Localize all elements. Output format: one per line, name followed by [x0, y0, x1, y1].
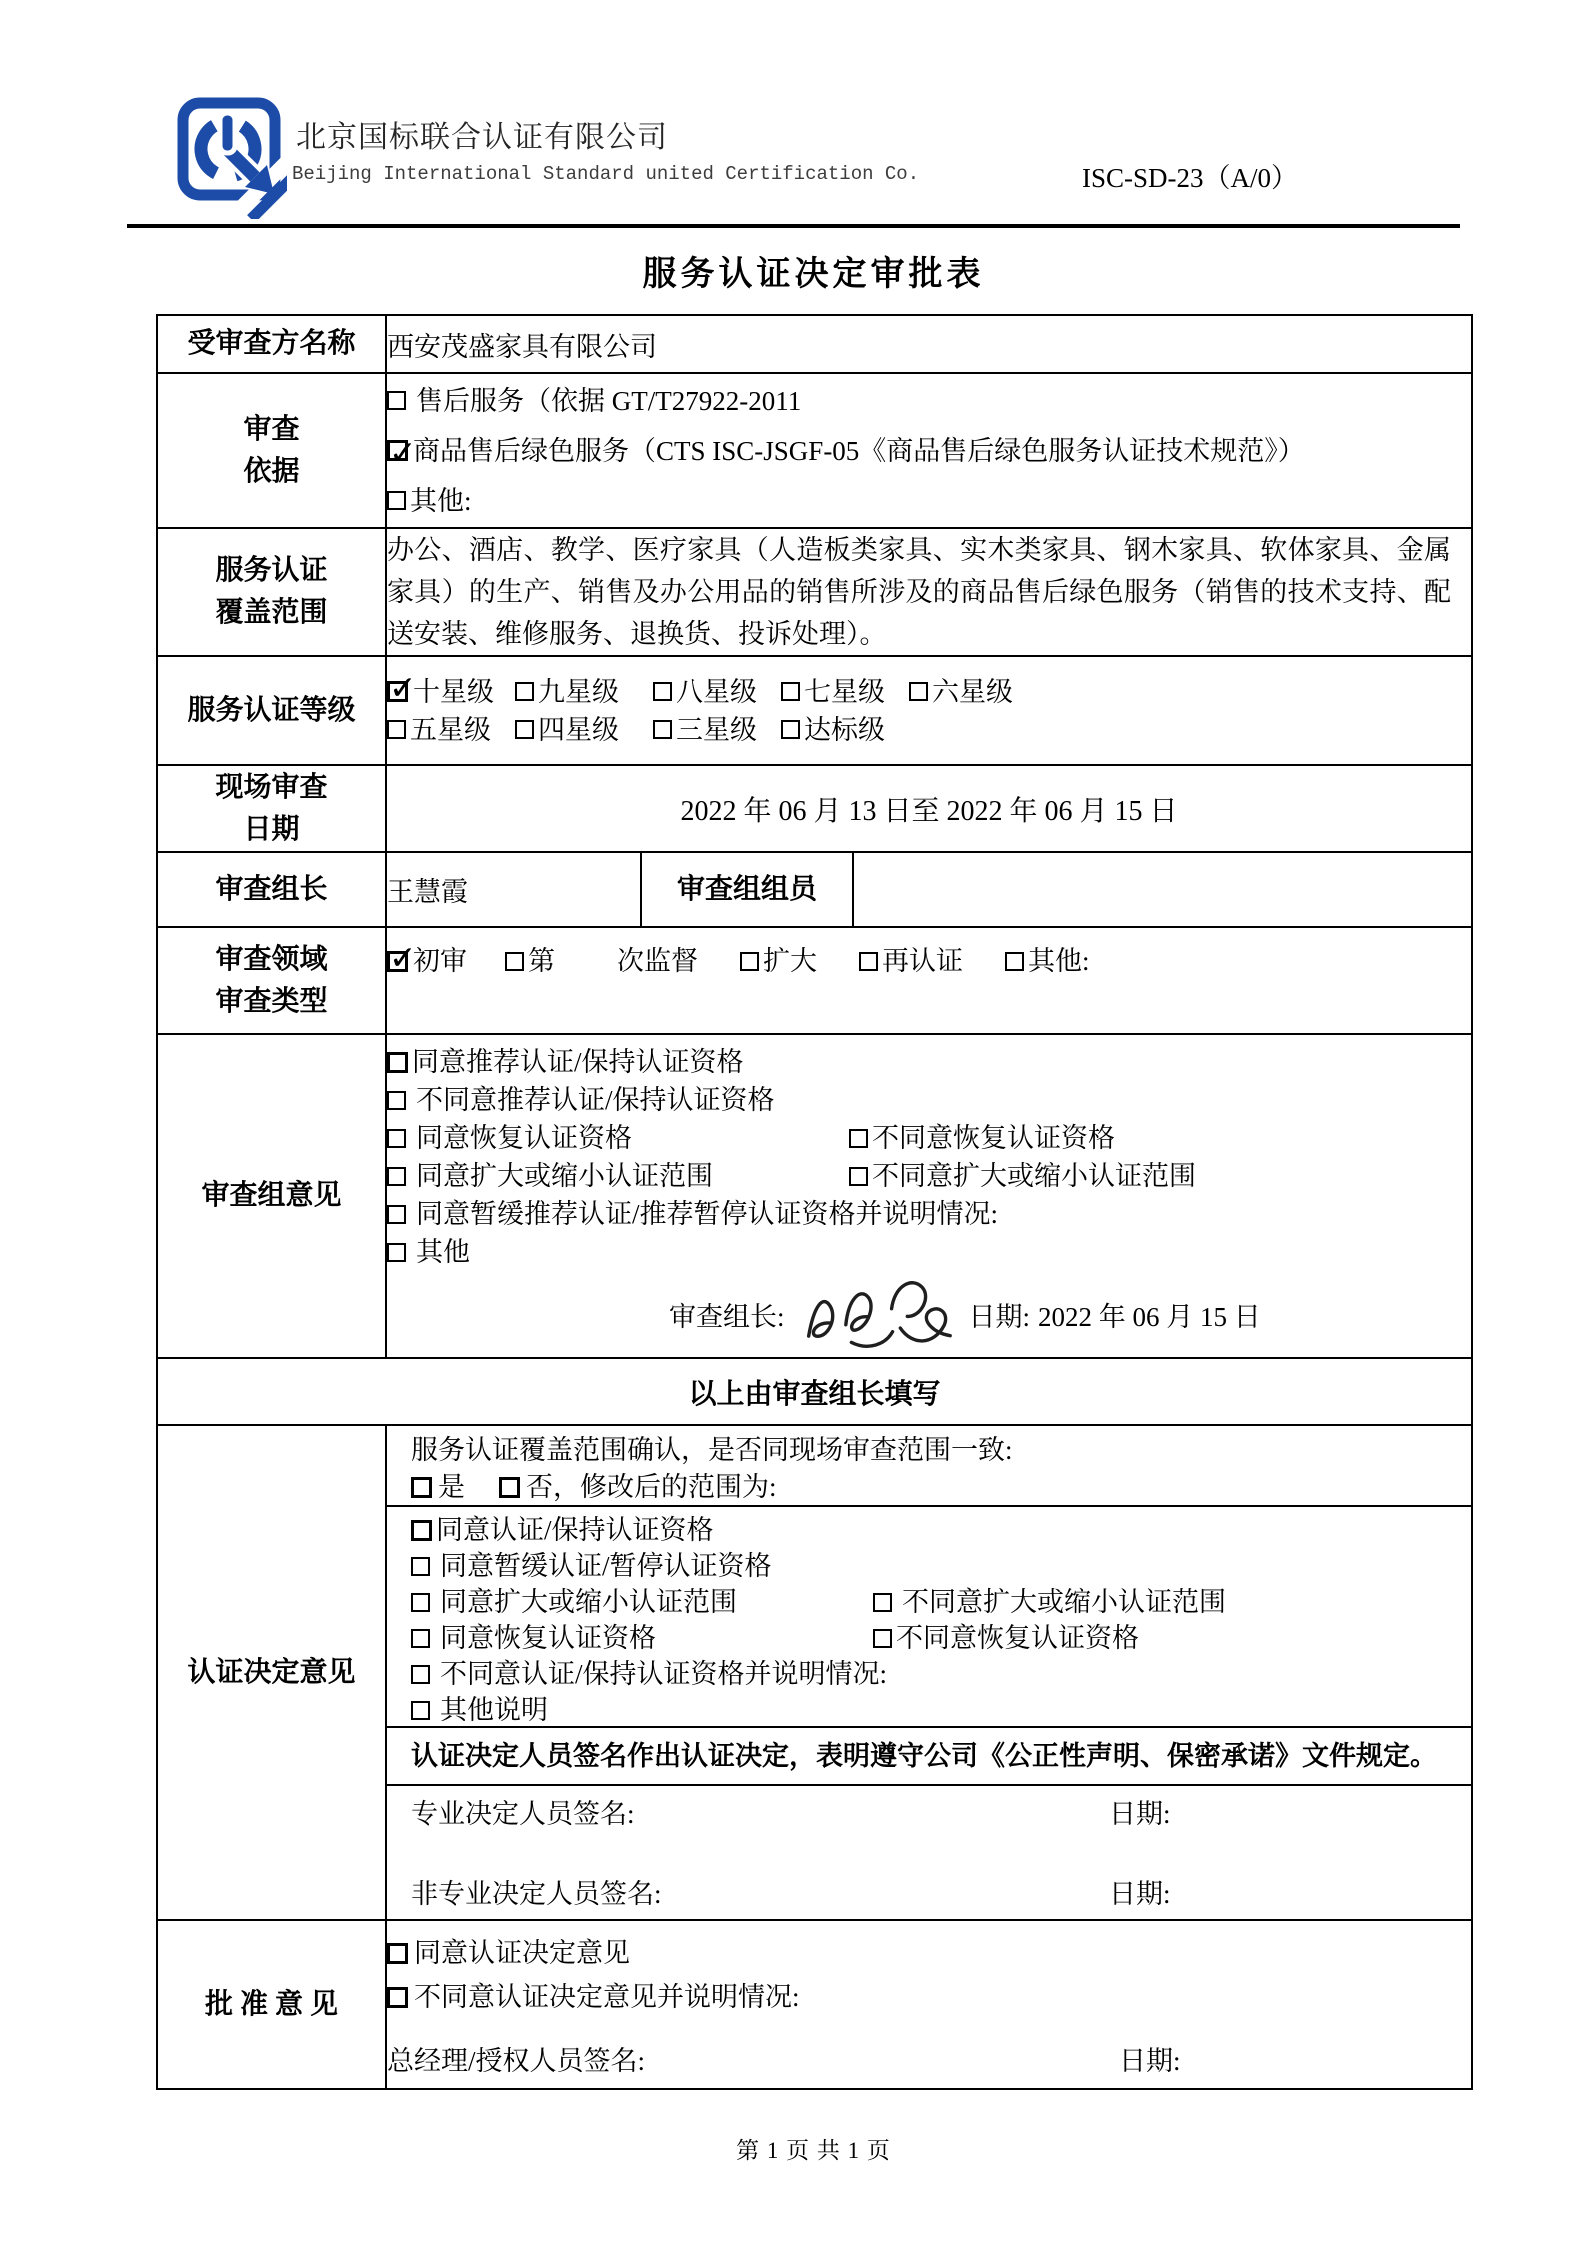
checkbox-checked[interactable] — [387, 681, 408, 702]
checkbox[interactable] — [873, 1629, 892, 1648]
level-option-label: 达标级 — [804, 711, 885, 749]
checkbox[interactable] — [387, 1052, 408, 1073]
document-page: 北京国标联合认证有限公司 Beijing International Stand… — [0, 0, 1587, 2245]
checkbox[interactable] — [653, 682, 672, 701]
row-section-note: 以上由审查组长填写 — [157, 1358, 1472, 1425]
checkbox[interactable] — [411, 1557, 430, 1576]
header-divider — [127, 224, 1460, 228]
signature-label: 专业决定人员签名: — [411, 1796, 635, 1832]
decision-scope-confirm: 服务认证覆盖范围确认，是否同现场审查范围一致: 是 否，修改后的范围为: — [387, 1426, 1471, 1505]
basis-option-green-service: 商品售后绿色服务（CTS ISC-JSGF-05《商品售后绿色服务认证技术规范》… — [387, 426, 1471, 476]
decision-option: 不同意恢复认证资格 — [873, 1620, 1461, 1656]
approval-option-label: 同意认证决定意见 — [414, 1931, 630, 1975]
level-option-label: 三星级 — [676, 711, 757, 749]
checkbox[interactable] — [909, 682, 928, 701]
decision-option-label: 同意扩大或缩小认证范围 — [440, 1584, 737, 1620]
opinion-option: 同意暂缓推荐认证/推荐暂停认证资格并说明情况: — [387, 1195, 1471, 1233]
type-option-label: 次监督 — [617, 942, 698, 980]
team-leader-name: 王慧霞 — [386, 852, 641, 927]
decision-option-row: 同意恢复认证资格 不同意恢复认证资格 — [411, 1620, 1461, 1656]
decision-label: 认证决定意见 — [157, 1425, 386, 1920]
opinion-option: 不同意恢复认证资格 — [849, 1119, 1471, 1157]
checkbox[interactable] — [781, 720, 800, 739]
checkbox[interactable] — [411, 1665, 430, 1684]
checkbox[interactable] — [873, 1593, 892, 1612]
row-team-opinion: 审查组意见 同意推荐认证/保持认证资格 不同意推荐认证/保持认证资格 同意恢复认… — [157, 1034, 1472, 1358]
level-option-label: 八星级 — [676, 673, 757, 711]
cert-scope-text: 办公、酒店、教学、医疗家具（人造板类家具、实木类家具、钢木家具、软体家具、金属家… — [386, 528, 1472, 656]
decision-option-label: 同意认证/保持认证资格 — [436, 1512, 714, 1548]
approval-option-label: 不同意认证决定意见并说明情况: — [414, 1975, 800, 2019]
basis-option-label: 其他: — [410, 476, 472, 526]
checkbox[interactable] — [387, 1943, 408, 1964]
level-option: 五星级 — [387, 711, 515, 749]
decision-option-row: 同意扩大或缩小认证范围 不同意扩大或缩小认证范围 — [411, 1584, 1461, 1620]
audit-type-label: 审查领域 审查类型 — [157, 927, 386, 1034]
checkbox[interactable] — [781, 682, 800, 701]
level-option: 四星级 — [515, 711, 653, 749]
opinion-option: 同意扩大或缩小认证范围 — [387, 1157, 849, 1195]
basis-option-other: 其他: — [387, 476, 1471, 526]
scope-confirm-options: 是 否，修改后的范围为: — [411, 1469, 1461, 1506]
audit-type-label-line2: 审查类型 — [158, 981, 385, 1023]
checkbox[interactable] — [515, 720, 534, 739]
level-option-label: 五星级 — [410, 711, 491, 749]
opinion-option: 不同意推荐认证/保持认证资格 — [387, 1081, 1471, 1119]
date-label: 日期: — [1109, 1796, 1461, 1832]
checkbox[interactable] — [387, 491, 406, 510]
decision-option-label: 不同意认证/保持认证资格并说明情况: — [440, 1656, 887, 1692]
checkbox[interactable] — [411, 1629, 430, 1648]
date-label: 日期: — [969, 1295, 1031, 1334]
row-audit-type: 审查领域 审查类型 初审 第 次监督 扩大 再认证 — [157, 927, 1472, 1034]
level-option: 七星级 — [781, 673, 909, 711]
basis-option-label: 售后服务（依据 GT/T27922-2011 — [416, 376, 801, 426]
team-opinion-label: 审查组意见 — [157, 1034, 386, 1358]
decision-option-label: 同意恢复认证资格 — [440, 1620, 656, 1656]
approval-option: 不同意认证决定意见并说明情况: — [387, 1975, 1471, 2019]
audit-type-label-line1: 审查领域 — [158, 939, 385, 981]
basis-option-aftersale: 售后服务（依据 GT/T27922-2011 — [387, 376, 1471, 426]
level-option-label: 九星级 — [538, 673, 619, 711]
row-audit-date: 现场审查 日期 2022 年 06 月 13 日至 2022 年 06 月 15… — [157, 765, 1472, 852]
basis-option-label: 商品售后绿色服务（CTS ISC-JSGF-05《商品售后绿色服务认证技术规范》… — [413, 426, 1305, 476]
row-auditee: 受审查方名称 西安茂盛家具有限公司 — [157, 315, 1472, 373]
cert-scope-label-line1: 服务认证 — [158, 550, 385, 592]
team-member-value — [853, 852, 1472, 927]
checkbox-checked[interactable] — [387, 951, 408, 972]
type-option-label: 第 — [528, 942, 555, 980]
level-option: 十星级 — [387, 673, 515, 711]
checkbox[interactable] — [411, 1701, 430, 1720]
level-option: 八星级 — [653, 673, 781, 711]
manager-sign-line: 总经理/授权人员签名: 日期: — [387, 2043, 1471, 2079]
date-value: 2022 年 06 月 15 日 — [1038, 1295, 1261, 1334]
audit-date-label-line1: 现场审查 — [158, 767, 385, 809]
audit-basis-label-line2: 依据 — [158, 451, 385, 493]
opinion-option: 其他 — [387, 1233, 1471, 1271]
checkbox[interactable] — [859, 952, 878, 971]
checkbox[interactable] — [387, 1205, 406, 1224]
handwritten-signature — [791, 1270, 963, 1358]
level-option: 六星级 — [909, 673, 1471, 711]
opinion-option-row: 同意扩大或缩小认证范围 不同意扩大或缩小认证范围 — [387, 1157, 1471, 1195]
signature-label: 非专业决定人员签名: — [411, 1876, 662, 1912]
opinion-option-label: 其他 — [416, 1233, 470, 1271]
decision-signatures: 专业决定人员签名: 日期: 非专业决定人员签名: 日期: — [387, 1784, 1471, 1919]
cert-level-label: 服务认证等级 — [157, 656, 386, 765]
checkbox[interactable] — [387, 1091, 406, 1110]
company-logo-icon — [175, 95, 287, 219]
checkbox[interactable] — [387, 1129, 406, 1148]
audit-date-value: 2022 年 06 月 13 日至 2022 年 06 月 15 日 — [386, 765, 1472, 852]
decision-option-label: 同意暂缓认证/暂停认证资格 — [440, 1548, 772, 1584]
decision-option: 其他说明 — [411, 1692, 1461, 1728]
row-audit-basis: 审查 依据 售后服务（依据 GT/T27922-2011 商品售后绿色服务（CT… — [157, 373, 1472, 528]
type-option-label: 初审 — [413, 942, 467, 980]
page-number: 第 1 页 共 1 页 — [156, 2132, 1471, 2165]
checkbox[interactable] — [411, 1520, 432, 1541]
checkbox[interactable] — [849, 1129, 868, 1148]
row-approval: 批 准 意 见 同意认证决定意见 不同意认证决定意见并说明情况: 总经理/授权人… — [157, 1920, 1472, 2089]
level-option-label: 六星级 — [932, 673, 1013, 711]
type-option-label: 再认证 — [882, 942, 963, 980]
checkbox[interactable] — [515, 682, 534, 701]
opinion-option-label: 同意暂缓推荐认证/推荐暂停认证资格并说明情况: — [416, 1195, 998, 1233]
date-label: 日期: — [1119, 2043, 1471, 2079]
section-note: 以上由审查组长填写 — [157, 1358, 1472, 1425]
type-option-label: 其他: — [1028, 942, 1090, 980]
opinion-option: 同意恢复认证资格 — [387, 1119, 849, 1157]
decision-option: 同意恢复认证资格 — [411, 1620, 873, 1656]
checkbox[interactable] — [387, 720, 406, 739]
form-title: 服务认证决定审批表 — [156, 246, 1471, 295]
approval-label: 批 准 意 见 — [157, 1920, 386, 2089]
opinion-option-label: 不同意扩大或缩小认证范围 — [872, 1157, 1196, 1195]
confirm-no-label: 否，修改后的范围为: — [526, 1469, 777, 1506]
checkbox[interactable] — [411, 1593, 430, 1612]
checkbox[interactable] — [387, 1987, 408, 2008]
company-name-en: Beijing International Standard united Ce… — [292, 163, 919, 185]
decision-option: 同意暂缓认证/暂停认证资格 — [411, 1548, 1461, 1584]
level-option: 三星级 — [653, 711, 781, 749]
approval-option: 同意认证决定意见 — [387, 1931, 1471, 1975]
checkbox[interactable] — [387, 1243, 406, 1262]
level-option-label: 十星级 — [413, 673, 494, 711]
confirm-yes-label: 是 — [438, 1469, 465, 1506]
document-code: ISC-SD-23（A/0） — [1082, 156, 1298, 195]
opinion-option-row: 同意恢复认证资格 不同意恢复认证资格 — [387, 1119, 1471, 1157]
checkbox[interactable] — [387, 1167, 406, 1186]
level-option: 九星级 — [515, 673, 653, 711]
cert-scope-label: 服务认证 覆盖范围 — [157, 528, 386, 656]
company-name-cn: 北京国标联合认证有限公司 — [296, 112, 668, 156]
type-option-label: 扩大 — [763, 942, 817, 980]
approval-form-table: 受审查方名称 西安茂盛家具有限公司 审查 依据 售后服务（依据 GT/T2792… — [156, 314, 1473, 2090]
audit-basis-label: 审查 依据 — [157, 373, 386, 528]
professional-sign-line: 专业决定人员签名: 日期: — [411, 1796, 1461, 1832]
checkbox[interactable] — [1005, 952, 1024, 971]
auditee-label: 受审查方名称 — [157, 315, 386, 373]
checkbox[interactable] — [505, 952, 524, 971]
cert-scope-label-line2: 覆盖范围 — [158, 592, 385, 634]
audit-type-options: 初审 第 次监督 扩大 再认证 其他: — [387, 942, 1471, 980]
checkbox[interactable] — [653, 720, 672, 739]
level-option: 达标级 — [781, 711, 1471, 749]
checkbox[interactable] — [740, 952, 759, 971]
audit-date-label-line2: 日期 — [158, 809, 385, 851]
signature-label: 总经理/授权人员签名: — [387, 2043, 645, 2079]
opinion-option-label: 不同意推荐认证/保持认证资格 — [416, 1081, 775, 1119]
decision-statement: 认证决定人员签名作出认证决定，表明遵守公司《公正性声明、保密承诺》文件规定。 — [387, 1726, 1471, 1784]
row-decision: 认证决定意见 服务认证覆盖范围确认，是否同现场审查范围一致: 是 否，修改后的范… — [157, 1425, 1472, 1920]
cert-level-row1: 十星级 九星级 八星级 七星级 六星级 — [387, 673, 1471, 711]
decision-option: 同意认证/保持认证资格 — [411, 1512, 1461, 1548]
opinion-option: 同意推荐认证/保持认证资格 — [387, 1043, 1471, 1081]
signature-label: 审查组长: — [669, 1295, 785, 1334]
checkbox[interactable] — [849, 1167, 868, 1186]
auditee-value: 西安茂盛家具有限公司 — [386, 315, 1472, 373]
checkbox[interactable] — [387, 391, 406, 410]
opinion-option: 不同意扩大或缩小认证范围 — [849, 1157, 1471, 1195]
checkbox[interactable] — [499, 1477, 520, 1498]
decision-option-label: 不同意恢复认证资格 — [896, 1620, 1139, 1656]
row-audit-team: 审查组长 王慧霞 审查组组员 — [157, 852, 1472, 927]
opinion-option-label: 不同意恢复认证资格 — [872, 1119, 1115, 1157]
decision-option-label: 不同意扩大或缩小认证范围 — [902, 1584, 1226, 1620]
decision-option: 同意扩大或缩小认证范围 — [411, 1584, 873, 1620]
decision-options: 同意认证/保持认证资格 同意暂缓认证/暂停认证资格 同意扩大或缩小认证范围 — [387, 1505, 1471, 1726]
level-option-label: 四星级 — [538, 711, 619, 749]
decision-option: 不同意认证/保持认证资格并说明情况: — [411, 1656, 1461, 1692]
opinion-option-label: 同意推荐认证/保持认证资格 — [412, 1043, 744, 1081]
team-leader-signature-line: 审查组长: 日期: 2022 年 06 月 15 日 — [669, 1271, 1471, 1357]
opinion-option-label: 同意恢复认证资格 — [416, 1119, 632, 1157]
row-cert-level: 服务认证等级 十星级 九星级 八星级 七星级 六星级 五星级 四星级 三星级 达… — [157, 656, 1472, 765]
row-cert-scope: 服务认证 覆盖范围 办公、酒店、教学、医疗家具（人造板类家具、实木类家具、钢木家… — [157, 528, 1472, 656]
date-label: 日期: — [1109, 1876, 1461, 1912]
audit-date-label: 现场审查 日期 — [157, 765, 386, 852]
checkbox[interactable] — [411, 1477, 432, 1498]
checkbox-checked[interactable] — [387, 440, 408, 461]
cert-level-row2: 五星级 四星级 三星级 达标级 — [387, 711, 1471, 749]
team-member-label: 审查组组员 — [641, 852, 853, 927]
decision-option-label: 其他说明 — [440, 1692, 548, 1728]
decision-option: 不同意扩大或缩小认证范围 — [873, 1584, 1461, 1620]
level-option-label: 七星级 — [804, 673, 885, 711]
opinion-option-label: 同意扩大或缩小认证范围 — [416, 1157, 713, 1195]
nonprofessional-sign-line: 非专业决定人员签名: 日期: — [411, 1876, 1461, 1912]
team-leader-label: 审查组长 — [157, 852, 386, 927]
scope-confirm-title: 服务认证覆盖范围确认，是否同现场审查范围一致: — [411, 1432, 1461, 1469]
audit-basis-label-line1: 审查 — [158, 409, 385, 451]
